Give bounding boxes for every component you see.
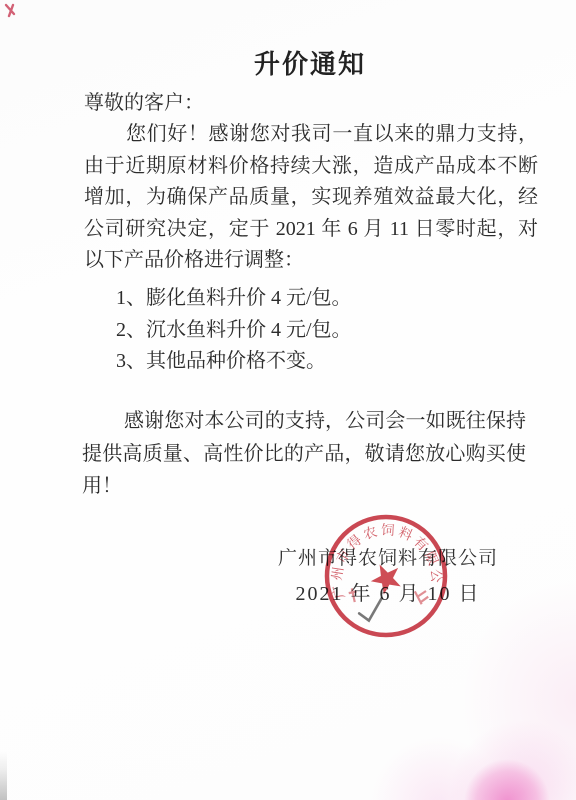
list-item: 3、其他品种价格不变。	[116, 346, 352, 378]
body-paragraph-1: 您们好！感谢您对我司一直以来的鼎力支持，由于近期原材料价格持续大涨，造成产品成本…	[84, 119, 538, 277]
signature-date: 2021 年 6 月 10 日	[240, 577, 536, 606]
list-item: 2、沉水鱼料升价 4 元/包。	[116, 315, 352, 347]
scanned-notice-page: 升价通知 尊敬的客户： 您们好！感谢您对我司一直以来的鼎力支持，由于近期原材料价…	[0, 0, 576, 800]
list-item: 1、膨化鱼料升价 4 元/包。	[116, 283, 352, 315]
body-paragraph-2: 感谢您对本公司的支持，公司会一如既往保持提供高质量、高性价比的产品，敬请您放心购…	[82, 405, 526, 503]
signature-company-name: 广州市得农饲料有限公司	[240, 543, 536, 570]
red-corner-mark	[3, 2, 23, 22]
company-seal: 广州市得农饲料有限公司	[303, 492, 469, 660]
price-adjustment-list: 1、膨化鱼料升价 4 元/包。 2、沉水鱼料升价 4 元/包。 3、其他品种价格…	[116, 283, 352, 378]
salutation: 尊敬的客户：	[84, 86, 204, 115]
scan-edge-shadow	[0, 752, 7, 800]
notice-title: 升价通知	[84, 44, 536, 81]
